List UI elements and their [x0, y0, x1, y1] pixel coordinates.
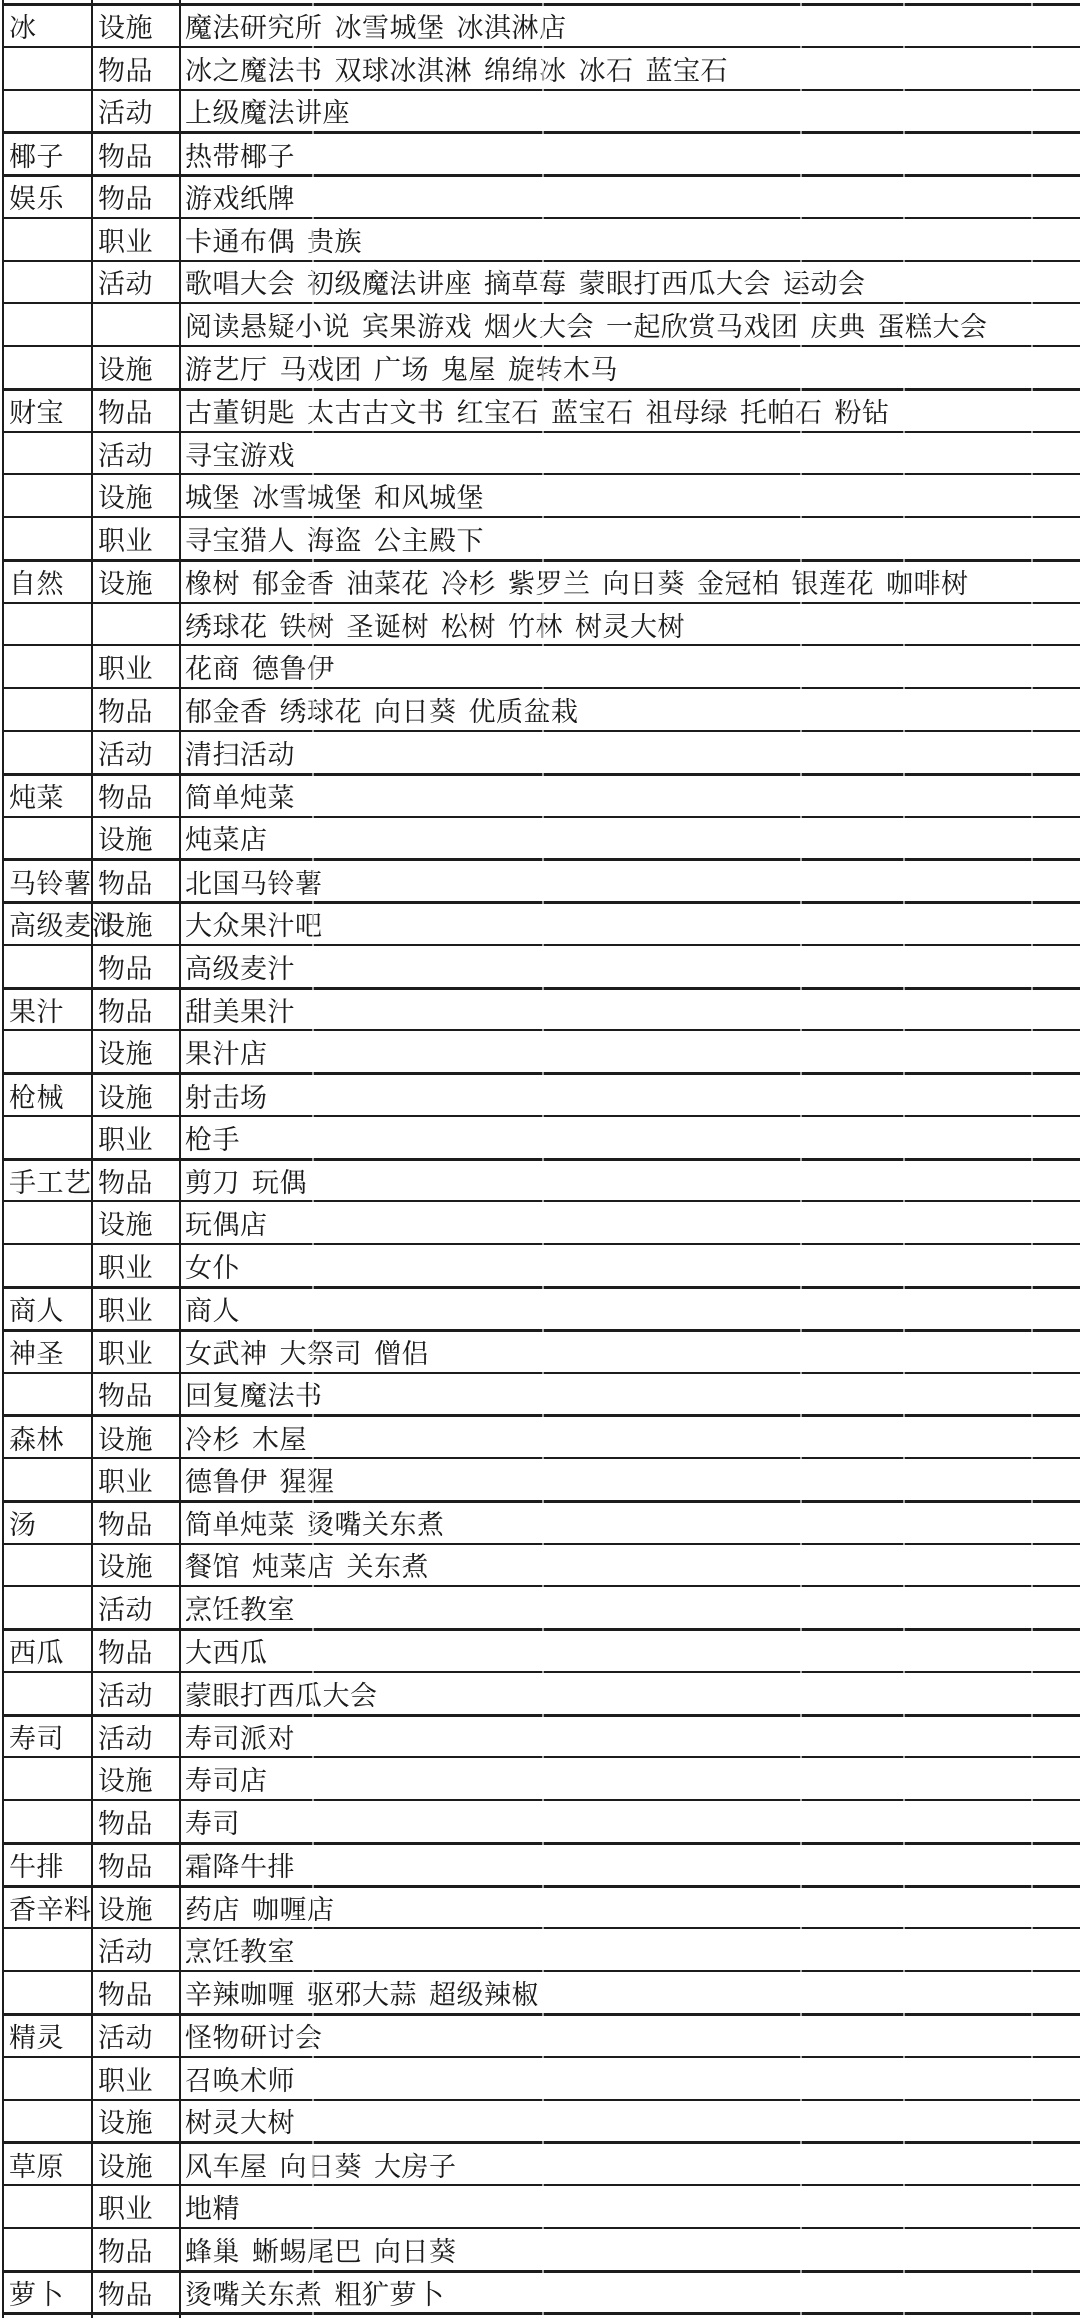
items-cell: 上级魔法讲座 [181, 91, 1080, 132]
items-cell: 阅读悬疑小说 宾果游戏 烟火大会 一起欣赏马戏团 庆典 蛋糕大会 [181, 304, 1080, 345]
items-cell: 剪刀 玩偶 [181, 1161, 1080, 1201]
type-cell: 物品 [93, 177, 181, 217]
category-cell [2, 1459, 93, 1500]
type-cell: 活动 [93, 1929, 181, 1970]
items-cell: 树灵大树 [181, 2101, 1080, 2142]
category-cell [2, 946, 93, 987]
category-cell [2, 219, 93, 260]
table-row: 果汁物品甜美果汁 [2, 987, 1080, 1030]
type-cell: 设施 [93, 1545, 181, 1586]
type-cell: 职业 [93, 646, 181, 687]
table-row: 草原设施风车屋 向日葵 大房子 [2, 2141, 1080, 2184]
type-cell: 物品 [93, 861, 181, 901]
items-cell: 寿司派对 [181, 1717, 1080, 1757]
items-cell: 地精 [181, 2186, 1080, 2227]
items-cell: 冷杉 木屋 [181, 1417, 1080, 1457]
table-row: 牛排物品霜降牛排 [2, 1842, 1080, 1885]
type-cell: 设施 [93, 1031, 181, 1072]
type-cell: 设施 [93, 347, 181, 388]
category-cell [2, 1245, 93, 1286]
items-cell: 城堡 冰雪城堡 和风城堡 [181, 475, 1080, 516]
category-cell [2, 1972, 93, 2013]
items-cell: 烹饪教室 [181, 1587, 1080, 1628]
items-cell: 射击场 [181, 1075, 1080, 1115]
type-cell: 物品 [93, 1845, 181, 1885]
items-cell: 蜂巢 蜥蜴尾巴 向日葵 [181, 2229, 1080, 2270]
table-row: 职业枪手 [2, 1115, 1080, 1158]
table-row: 活动烹饪教室 [2, 1927, 1080, 1970]
type-cell: 设施 [93, 818, 181, 859]
table-row: 寿司活动寿司派对 [2, 1714, 1080, 1757]
table-row: 设施餐馆 炖菜店 关东煮 [2, 1543, 1080, 1586]
items-cell: 风车屋 向日葵 大房子 [181, 2144, 1080, 2184]
type-cell: 物品 [93, 689, 181, 730]
items-cell: 回复魔法书 [181, 1374, 1080, 1415]
table-row: 汤物品简单炖菜 烫嘴关东煮 [2, 1500, 1080, 1543]
category-cell [2, 1545, 93, 1586]
faint-gridline [542, 0, 544, 2318]
table-row: 物品辛辣咖喱 驱邪大蒜 超级辣椒 [2, 1970, 1080, 2013]
type-cell: 设施 [93, 904, 181, 944]
items-cell: 清扫活动 [181, 732, 1080, 773]
table-row: 物品寿司 [2, 1799, 1080, 1842]
table-row: 职业女仆 [2, 1243, 1080, 1286]
category-cell: 手工艺 [2, 1161, 93, 1201]
category-cell [2, 1929, 93, 1970]
table-row: 职业德鲁伊 猩猩 [2, 1457, 1080, 1500]
category-cell [2, 518, 93, 559]
table-row: 阅读悬疑小说 宾果游戏 烟火大会 一起欣赏马戏团 庆典 蛋糕大会 [2, 302, 1080, 345]
type-cell [93, 0, 181, 3]
type-cell: 物品 [93, 391, 181, 431]
table-row: 物品郁金香 绣球花 向日葵 优质盆栽 [2, 687, 1080, 730]
type-cell: 物品 [93, 946, 181, 987]
type-cell: 职业 [93, 2186, 181, 2227]
items-cell: 怪物研讨会 [181, 2016, 1080, 2056]
category-cell: 枪械 [2, 1075, 93, 1115]
type-cell: 物品 [93, 48, 181, 89]
table-row: 设施城堡 冰雪城堡 和风城堡 [2, 473, 1080, 516]
table-row: 活动上级魔法讲座 [2, 89, 1080, 132]
items-cell: 女仆 [181, 1245, 1080, 1286]
table-row: 活动歌唱大会 初级魔法讲座 摘草莓 蒙眼打西瓜大会 运动会 [2, 260, 1080, 303]
category-cell: 商人 [2, 1289, 93, 1329]
type-cell: 活动 [93, 433, 181, 474]
table-row: 职业花商 德鲁伊 [2, 644, 1080, 687]
type-cell: 设施 [93, 6, 181, 46]
type-cell [93, 604, 181, 645]
items-cell: 药店 咖喱店 [181, 1888, 1080, 1928]
items-cell: 餐馆 炖菜店 关东煮 [181, 1545, 1080, 1586]
category-cell: 果汁 [2, 990, 93, 1030]
category-cell: 椰子 [2, 134, 93, 174]
type-cell: 职业 [93, 219, 181, 260]
category-cell: 炖菜 [2, 776, 93, 816]
category-cell [2, 0, 93, 3]
items-cell: 寻宝猎人 海盗 公主殿下 [181, 518, 1080, 559]
category-cell [2, 1801, 93, 1842]
type-cell: 活动 [93, 732, 181, 773]
category-cell [2, 818, 93, 859]
type-cell: 职业 [93, 1289, 181, 1329]
items-cell: 玩偶店 [181, 1202, 1080, 1243]
items-cell: 古董钥匙 太古古文书 红宝石 蓝宝石 祖母绿 托帕石 粉钻 [181, 391, 1080, 431]
category-cell [2, 1758, 93, 1799]
type-cell: 职业 [93, 1245, 181, 1286]
items-cell: 甜美果汁 [181, 990, 1080, 1030]
items-cell: 卡通布偶 贵族 [181, 219, 1080, 260]
items-cell: 橡树 郁金香 油菜花 冷杉 紫罗兰 向日葵 金冠柏 银莲花 咖啡树 [181, 562, 1080, 602]
table-row: 香辛料设施药店 咖喱店 [2, 1885, 1080, 1928]
table-row: 设施果汁店 [2, 1029, 1080, 1072]
type-cell: 设施 [93, 1202, 181, 1243]
type-cell: 职业 [93, 518, 181, 559]
items-cell: 女武神 大祭司 僧侣 [181, 1332, 1080, 1372]
table-row: 高级麦汁设施大众果汁吧 [2, 901, 1080, 944]
type-cell: 物品 [93, 776, 181, 816]
table-row: 活动清扫活动 [2, 730, 1080, 773]
category-cell: 森林 [2, 1417, 93, 1457]
faint-gridline [903, 0, 905, 2318]
items-cell: 果汁店 [181, 1031, 1080, 1072]
category-cell: 西瓜 [2, 1631, 93, 1671]
items-cell: 花商 德鲁伊 [181, 646, 1080, 687]
table-row: 物品高级麦汁 [2, 944, 1080, 987]
category-cell [2, 1117, 93, 1158]
category-cell [2, 475, 93, 516]
type-cell: 物品 [93, 2229, 181, 2270]
table-row: 枪械设施射击场 [2, 1072, 1080, 1115]
category-cell [2, 732, 93, 773]
category-cell: 香辛料 [2, 1888, 93, 1928]
table-row: 西瓜物品大西瓜 [2, 1628, 1080, 1671]
items-cell: 歌唱大会 初级魔法讲座 摘草莓 蒙眼打西瓜大会 运动会 [181, 262, 1080, 303]
table-row: 娱乐物品游戏纸牌 [2, 174, 1080, 217]
type-cell: 活动 [93, 262, 181, 303]
faint-gridline [312, 0, 314, 2318]
type-cell: 物品 [93, 2273, 181, 2313]
items-cell: 绣球花 铁树 圣诞树 松树 竹林 树灵大树 [181, 604, 1080, 645]
items-cell: 寿司店 [181, 1758, 1080, 1799]
type-cell: 设施 [93, 562, 181, 602]
category-cell [2, 1587, 93, 1628]
category-cell: 汤 [2, 1503, 93, 1543]
faint-gridline [800, 0, 802, 2318]
type-cell: 设施 [93, 475, 181, 516]
table-row: 商人职业商人 [2, 1286, 1080, 1329]
table-row: 职业卡通布偶 贵族 [2, 217, 1080, 260]
type-cell: 活动 [93, 1717, 181, 1757]
items-cell: 召唤术师 [181, 2058, 1080, 2099]
category-cell: 精灵 [2, 2016, 93, 2056]
items-cell: 辛辣咖喱 驱邪大蒜 超级辣椒 [181, 1972, 1080, 2013]
table-row: 物品冰之魔法书 双球冰淇淋 绵绵冰 冰石 蓝宝石 [2, 46, 1080, 89]
category-cell [2, 48, 93, 89]
category-cell: 萝卜 [2, 2273, 93, 2313]
table-row: 精灵活动怪物研讨会 [2, 2013, 1080, 2056]
items-cell: 郁金香 绣球花 向日葵 优质盆栽 [181, 689, 1080, 730]
category-cell [2, 1031, 93, 1072]
category-cell [2, 2058, 93, 2099]
items-cell: 大西瓜 [181, 1631, 1080, 1671]
table-row: 森林设施冷杉 木屋 [2, 1414, 1080, 1457]
table-row: 自然设施橡树 郁金香 油菜花 冷杉 紫罗兰 向日葵 金冠柏 银莲花 咖啡树 [2, 559, 1080, 602]
items-cell: 寿司 [181, 1801, 1080, 1842]
category-cell: 娱乐 [2, 177, 93, 217]
items-cell: 烹饪教室 [181, 1929, 1080, 1970]
type-cell: 物品 [93, 990, 181, 1030]
category-items-table: 冰设施魔法研究所 冰雪城堡 冰淇淋店物品冰之魔法书 双球冰淇淋 绵绵冰 冰石 蓝… [2, 0, 1080, 2318]
items-cell [181, 0, 1080, 3]
category-cell [2, 1673, 93, 1714]
items-cell: 北国马铃薯 [181, 861, 1080, 901]
items-cell: 德鲁伊 猩猩 [181, 1459, 1080, 1500]
category-cell: 冰 [2, 6, 93, 46]
table-row: 炖菜物品简单炖菜 [2, 773, 1080, 816]
clipped-row-bottom [2, 2312, 1080, 2318]
category-cell [2, 2101, 93, 2142]
type-cell: 物品 [93, 1374, 181, 1415]
category-cell [2, 689, 93, 730]
type-cell: 设施 [93, 1758, 181, 1799]
table-row: 设施寿司店 [2, 1756, 1080, 1799]
category-cell: 寿司 [2, 1717, 93, 1757]
category-cell [2, 1202, 93, 1243]
category-cell: 草原 [2, 2144, 93, 2184]
table-row: 绣球花 铁树 圣诞树 松树 竹林 树灵大树 [2, 602, 1080, 645]
category-cell [2, 646, 93, 687]
type-cell: 设施 [93, 1417, 181, 1457]
table-row: 财宝物品古董钥匙 太古古文书 红宝石 蓝宝石 祖母绿 托帕石 粉钻 [2, 388, 1080, 431]
items-cell: 大众果汁吧 [181, 904, 1080, 944]
type-cell: 职业 [93, 2058, 181, 2099]
category-cell [2, 2229, 93, 2270]
category-cell [2, 304, 93, 345]
items-cell: 商人 [181, 1289, 1080, 1329]
category-cell: 牛排 [2, 1845, 93, 1885]
items-cell: 烫嘴关东煮 粗犷萝卜 [181, 2273, 1080, 2313]
spreadsheet-table-screenshot: { "page": { "background": "#ffffff", "bo… [0, 0, 1080, 2318]
items-cell: 简单炖菜 [181, 776, 1080, 816]
table-row: 冰设施魔法研究所 冰雪城堡 冰淇淋店 [2, 3, 1080, 46]
type-cell: 物品 [93, 1161, 181, 1201]
table-body: 冰设施魔法研究所 冰雪城堡 冰淇淋店物品冰之魔法书 双球冰淇淋 绵绵冰 冰石 蓝… [2, 3, 1080, 2312]
table-row: 神圣职业女武神 大祭司 僧侣 [2, 1329, 1080, 1372]
table-row: 活动烹饪教室 [2, 1585, 1080, 1628]
table-row: 马铃薯物品北国马铃薯 [2, 858, 1080, 901]
table-row: 设施玩偶店 [2, 1200, 1080, 1243]
category-cell [2, 91, 93, 132]
category-cell [2, 433, 93, 474]
type-cell: 物品 [93, 1503, 181, 1543]
clipped-row-top [2, 0, 1080, 3]
category-cell: 神圣 [2, 1332, 93, 1372]
items-cell: 枪手 [181, 1117, 1080, 1158]
table-row: 活动寻宝游戏 [2, 431, 1080, 474]
table-row: 活动蒙眼打西瓜大会 [2, 1671, 1080, 1714]
type-cell: 活动 [93, 1673, 181, 1714]
items-cell: 冰之魔法书 双球冰淇淋 绵绵冰 冰石 蓝宝石 [181, 48, 1080, 89]
table-row: 职业寻宝猎人 海盗 公主殿下 [2, 516, 1080, 559]
table-row: 职业召唤术师 [2, 2056, 1080, 2099]
category-cell: 财宝 [2, 391, 93, 431]
category-cell: 马铃薯 [2, 861, 93, 901]
type-cell: 职业 [93, 1332, 181, 1372]
type-cell: 设施 [93, 1888, 181, 1928]
category-cell [2, 1374, 93, 1415]
table-row: 物品回复魔法书 [2, 1372, 1080, 1415]
category-cell: 高级麦汁 [2, 904, 93, 944]
items-cell: 简单炖菜 烫嘴关东煮 [181, 1503, 1080, 1543]
items-cell: 霜降牛排 [181, 1845, 1080, 1885]
table-row: 设施树灵大树 [2, 2099, 1080, 2142]
type-cell: 设施 [93, 2144, 181, 2184]
items-cell: 炖菜店 [181, 818, 1080, 859]
table-row: 设施炖菜店 [2, 816, 1080, 859]
table-row: 椰子物品热带椰子 [2, 131, 1080, 174]
faint-gridline [1031, 0, 1033, 2318]
type-cell: 物品 [93, 134, 181, 174]
category-cell [2, 2186, 93, 2227]
items-cell: 游艺厅 马戏团 广场 鬼屋 旋转木马 [181, 347, 1080, 388]
items-cell: 寻宝游戏 [181, 433, 1080, 474]
category-cell [2, 604, 93, 645]
items-cell: 蒙眼打西瓜大会 [181, 1673, 1080, 1714]
items-cell: 高级麦汁 [181, 946, 1080, 987]
items-cell: 热带椰子 [181, 134, 1080, 174]
items-cell: 游戏纸牌 [181, 177, 1080, 217]
type-cell: 设施 [93, 1075, 181, 1115]
type-cell: 活动 [93, 1587, 181, 1628]
type-cell: 职业 [93, 1117, 181, 1158]
type-cell: 物品 [93, 1972, 181, 2013]
type-cell: 活动 [93, 91, 181, 132]
category-cell [2, 262, 93, 303]
type-cell: 物品 [93, 1631, 181, 1671]
type-cell [93, 304, 181, 345]
type-cell: 设施 [93, 2101, 181, 2142]
category-cell: 自然 [2, 562, 93, 602]
table-row: 物品蜂巢 蜥蜴尾巴 向日葵 [2, 2227, 1080, 2270]
table-row: 手工艺物品剪刀 玩偶 [2, 1158, 1080, 1201]
table-row: 萝卜物品烫嘴关东煮 粗犷萝卜 [2, 2270, 1080, 2313]
type-cell: 物品 [93, 1801, 181, 1842]
table-row: 职业地精 [2, 2184, 1080, 2227]
type-cell: 职业 [93, 1459, 181, 1500]
table-row: 设施游艺厅 马戏团 广场 鬼屋 旋转木马 [2, 345, 1080, 388]
category-cell [2, 347, 93, 388]
items-cell: 魔法研究所 冰雪城堡 冰淇淋店 [181, 6, 1080, 46]
type-cell: 活动 [93, 2016, 181, 2056]
